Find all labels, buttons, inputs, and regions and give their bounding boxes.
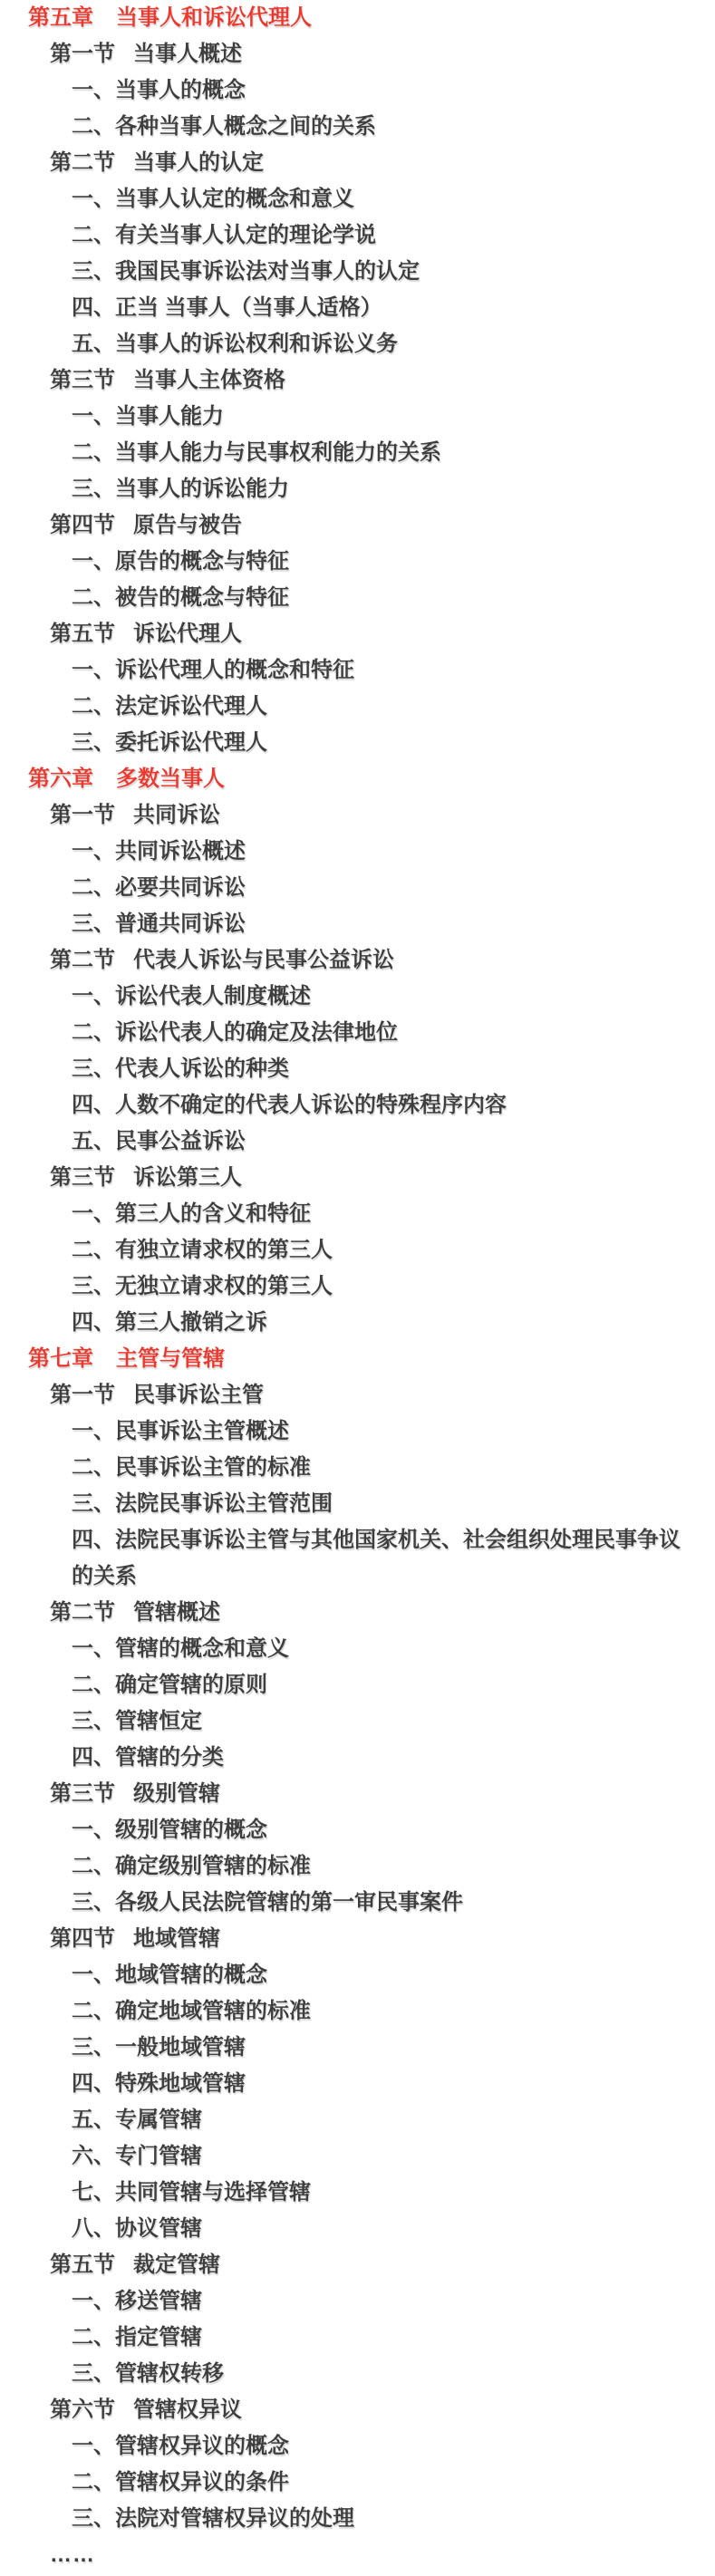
toc-item: 二、各种当事人概念之间的关系 bbox=[0, 109, 715, 145]
entry-number: 第一节 bbox=[50, 803, 115, 827]
toc-item: 二、民事诉讼主管的标准 bbox=[0, 1450, 715, 1486]
toc-item: 四、人数不确定的代表人诉讼的特殊程序内容 bbox=[0, 1087, 715, 1124]
toc-item: 一、当事人认定的概念和意义 bbox=[0, 181, 715, 217]
toc-item: 一、共同诉讼概述 bbox=[0, 834, 715, 870]
entry-number: 第三节 bbox=[50, 1165, 115, 1190]
entry-number: 第四节 bbox=[50, 513, 115, 537]
entry-title: 主管与管辖 bbox=[116, 1346, 225, 1371]
toc-item: 三、法院民事诉讼主管范围 bbox=[0, 1486, 715, 1522]
toc-item: 三、各级人民法院管辖的第一审民事案件 bbox=[0, 1885, 715, 1921]
entry-number: 第七章 bbox=[28, 1346, 93, 1371]
toc-item: 三、管辖恒定 bbox=[0, 1703, 715, 1740]
section-heading: 第二节管辖概述 bbox=[0, 1595, 715, 1631]
toc-item: 二、确定级别管辖的标准 bbox=[0, 1848, 715, 1885]
toc-item: 三、委托诉讼代理人 bbox=[0, 725, 715, 761]
section-heading: 第三节当事人主体资格 bbox=[0, 362, 715, 399]
entry-number: 第五章 bbox=[28, 5, 93, 30]
toc-item: 一、级别管辖的概念 bbox=[0, 1812, 715, 1848]
entry-title: 共同诉讼 bbox=[133, 803, 220, 827]
entry-number: 第四节 bbox=[50, 1926, 115, 1951]
toc-item: 一、地域管辖的概念 bbox=[0, 1957, 715, 1993]
toc-item: 四、法院民事诉讼主管与其他国家机关、社会组织处理民事争议的关系 bbox=[0, 1522, 715, 1595]
entry-number: 第六节 bbox=[50, 2398, 115, 2422]
toc-item: 二、指定管辖 bbox=[0, 2320, 715, 2356]
ellipsis-line: …… bbox=[0, 2537, 715, 2573]
toc-item: 二、确定地域管辖的标准 bbox=[0, 1993, 715, 2030]
section-heading: 第一节共同诉讼 bbox=[0, 797, 715, 834]
toc-item: 一、当事人能力 bbox=[0, 399, 715, 435]
toc-item: 三、管辖权转移 bbox=[0, 2356, 715, 2392]
toc-item: 二、诉讼代表人的确定及法律地位 bbox=[0, 1015, 715, 1051]
toc-item: 二、必要共同诉讼 bbox=[0, 870, 715, 906]
entry-title: 管辖概述 bbox=[133, 1600, 220, 1625]
toc-item: 三、代表人诉讼的种类 bbox=[0, 1051, 715, 1087]
section-heading: 第四节原告与被告 bbox=[0, 507, 715, 544]
toc-item: 六、专门管辖 bbox=[0, 2138, 715, 2175]
section-heading: 第三节级别管辖 bbox=[0, 1776, 715, 1812]
toc-item: 三、普通共同诉讼 bbox=[0, 906, 715, 942]
entry-title: 民事诉讼主管 bbox=[133, 1383, 264, 1407]
chapter-heading: 第六章多数当事人 bbox=[0, 761, 715, 797]
toc-item: 一、当事人的概念 bbox=[0, 72, 715, 109]
section-heading: 第五节裁定管辖 bbox=[0, 2247, 715, 2283]
section-heading: 第一节当事人概述 bbox=[0, 36, 715, 72]
entry-title: 代表人诉讼与民事公益诉讼 bbox=[133, 948, 394, 972]
toc-item: 一、管辖权异议的概念 bbox=[0, 2428, 715, 2465]
toc-item: 四、正当 当事人（当事人适格） bbox=[0, 290, 715, 326]
entry-number: 第一节 bbox=[50, 1383, 115, 1407]
entry-title: 多数当事人 bbox=[116, 767, 225, 791]
section-heading: 第二节代表人诉讼与民事公益诉讼 bbox=[0, 942, 715, 979]
entry-title: 诉讼第三人 bbox=[133, 1165, 242, 1190]
entry-number: 第二节 bbox=[50, 948, 115, 972]
section-heading: 第四节地域管辖 bbox=[0, 1921, 715, 1957]
entry-title: 当事人和诉讼代理人 bbox=[116, 5, 312, 30]
toc-item: 五、当事人的诉讼权利和诉讼义务 bbox=[0, 326, 715, 362]
toc-item: 五、民事公益诉讼 bbox=[0, 1124, 715, 1160]
toc-item: 一、管辖的概念和意义 bbox=[0, 1631, 715, 1667]
toc-item: 八、协议管辖 bbox=[0, 2211, 715, 2247]
toc-item: 四、第三人撤销之诉 bbox=[0, 1305, 715, 1341]
toc-item: 三、法院对管辖权异议的处理 bbox=[0, 2501, 715, 2537]
entry-title: 裁定管辖 bbox=[133, 2253, 220, 2277]
entry-title: 诉讼代理人 bbox=[133, 622, 242, 646]
toc-item: 一、诉讼代表人制度概述 bbox=[0, 979, 715, 1015]
toc-item: 二、有独立请求权的第三人 bbox=[0, 1232, 715, 1269]
entry-number: 第三节 bbox=[50, 368, 115, 392]
toc-item: 一、诉讼代理人的概念和特征 bbox=[0, 652, 715, 689]
toc-item: 一、第三人的含义和特征 bbox=[0, 1196, 715, 1232]
toc-item: 三、我国民事诉讼法对当事人的认定 bbox=[0, 254, 715, 290]
toc-item: 二、管辖权异议的条件 bbox=[0, 2465, 715, 2501]
entry-title: 当事人的认定 bbox=[133, 150, 264, 175]
section-heading: 第二节当事人的认定 bbox=[0, 145, 715, 181]
section-heading: 第一节民事诉讼主管 bbox=[0, 1377, 715, 1413]
entry-number: 第二节 bbox=[50, 150, 115, 175]
chapter-heading: 第七章主管与管辖 bbox=[0, 1341, 715, 1377]
entry-title: 级别管辖 bbox=[133, 1781, 220, 1806]
section-heading: 第五节诉讼代理人 bbox=[0, 616, 715, 652]
toc-item: 五、专属管辖 bbox=[0, 2102, 715, 2138]
toc-item: 四、特殊地域管辖 bbox=[0, 2066, 715, 2102]
entry-title: 原告与被告 bbox=[133, 513, 242, 537]
entry-number: 第一节 bbox=[50, 42, 115, 66]
toc-item: 二、有关当事人认定的理论学说 bbox=[0, 217, 715, 254]
entry-title: 当事人概述 bbox=[133, 42, 242, 66]
toc-item: 二、当事人能力与民事权利能力的关系 bbox=[0, 435, 715, 471]
entry-title: 管辖权异议 bbox=[133, 2398, 242, 2422]
toc-item: 一、民事诉讼主管概述 bbox=[0, 1413, 715, 1450]
table-of-contents: 第五章当事人和诉讼代理人第一节当事人概述一、当事人的概念二、各种当事人概念之间的… bbox=[0, 0, 715, 2573]
entry-title: 当事人主体资格 bbox=[133, 368, 285, 392]
toc-item: 三、当事人的诉讼能力 bbox=[0, 471, 715, 507]
entry-title: 地域管辖 bbox=[133, 1926, 220, 1951]
toc-item: 七、共同管辖与选择管辖 bbox=[0, 2175, 715, 2211]
entry-number: 第六章 bbox=[28, 767, 93, 791]
toc-item: 二、被告的概念与特征 bbox=[0, 580, 715, 616]
toc-item: 一、移送管辖 bbox=[0, 2283, 715, 2320]
toc-item: 二、确定管辖的原则 bbox=[0, 1667, 715, 1703]
entry-number: 第三节 bbox=[50, 1781, 115, 1806]
toc-item: 三、无独立请求权的第三人 bbox=[0, 1269, 715, 1305]
toc-item: 一、原告的概念与特征 bbox=[0, 544, 715, 580]
section-heading: 第三节诉讼第三人 bbox=[0, 1160, 715, 1196]
toc-item: 二、法定诉讼代理人 bbox=[0, 689, 715, 725]
section-heading: 第六节管辖权异议 bbox=[0, 2392, 715, 2428]
entry-number: 第五节 bbox=[50, 2253, 115, 2277]
entry-number: 第五节 bbox=[50, 622, 115, 646]
toc-item: 三、一般地域管辖 bbox=[0, 2030, 715, 2066]
toc-item: 四、管辖的分类 bbox=[0, 1740, 715, 1776]
chapter-heading: 第五章当事人和诉讼代理人 bbox=[0, 0, 715, 36]
entry-number: 第二节 bbox=[50, 1600, 115, 1625]
